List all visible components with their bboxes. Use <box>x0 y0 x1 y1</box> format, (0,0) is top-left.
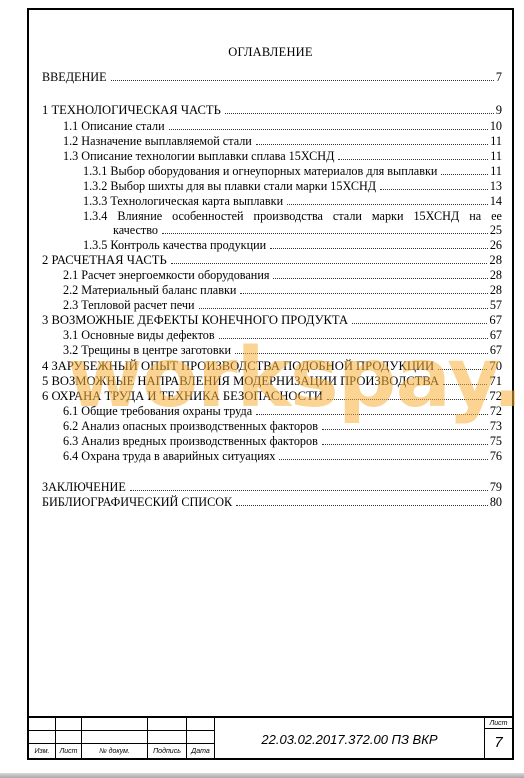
toc-entry-page: 11 <box>490 164 502 178</box>
leader-dots <box>256 135 488 145</box>
toc-entry[interactable]: 2.2 Материальный баланс плавки28 <box>63 283 502 297</box>
sheet-number: 7 <box>485 729 512 760</box>
toc-entry-page: 28 <box>490 283 502 297</box>
document-designation: 22.03.02.2017.372.00 ПЗ ВКР <box>215 718 485 760</box>
toc-entry[interactable]: 1.3.3 Технологическая карта выплавки14 <box>83 194 502 208</box>
toc-entry-continuation[interactable]: качество25 <box>113 223 502 237</box>
toc-entry-label: 1.1 Описание стали <box>63 119 165 133</box>
toc-entry[interactable]: 6.2 Анализ опасных производственных факт… <box>63 419 502 433</box>
toc-entry-label: 2.1 Расчет энергоемкости оборудования <box>63 268 269 282</box>
stamp-cell <box>82 731 148 744</box>
toc-entry-page: 26 <box>490 238 502 252</box>
leader-dots <box>236 496 488 506</box>
page-frame: ОГЛАВЛЕНИЕ ВВЕДЕНИЕ71 ТЕХНОЛОГИЧЕСКАЯ ЧА… <box>27 8 514 760</box>
stamp-cell <box>148 718 187 731</box>
toc-entry-page: 13 <box>490 179 502 193</box>
toc-entry[interactable]: 6 ОХРАНА ТРУДА И ТЕХНИКА БЕЗОПАСНОСТИ72 <box>42 389 502 403</box>
toc-entry-label: 6.4 Охрана труда в аварийных ситуациях <box>63 449 275 463</box>
leader-dots <box>322 435 488 445</box>
leader-dots <box>199 299 488 309</box>
toc-entry-label: 5 ВОЗМОЖНЫЕ НАПРАВЛЕНИЯ МОДЕРНИЗАЦИИ ПРО… <box>42 374 439 388</box>
toc-entry[interactable]: 5 ВОЗМОЖНЫЕ НАПРАВЛЕНИЯ МОДЕРНИЗАЦИИ ПРО… <box>42 374 502 388</box>
toc-entry[interactable]: 1.2 Назначение выплавляемой стали11 <box>63 134 502 148</box>
toc-entry-label: 1.2 Назначение выплавляемой стали <box>63 134 252 148</box>
leader-dots <box>380 180 488 190</box>
leader-dots <box>171 254 488 264</box>
leader-dots <box>225 104 494 114</box>
sheet-label: Лист <box>485 718 512 729</box>
toc-entry-label: 6.2 Анализ опасных производственных факт… <box>63 419 318 433</box>
stamp-cell <box>29 731 56 744</box>
toc-entry[interactable]: 4 ЗАРУБЕЖНЫЙ ОПЫТ ПРОИЗВОДСТВА ПОДОБНОЙ … <box>42 359 502 373</box>
toc-entry-label: БИБЛИОГРАФИЧЕСКИЙ СПИСОК <box>42 495 232 509</box>
toc-entry-label: 3.1 Основные виды дефектов <box>63 328 215 342</box>
leader-dots <box>441 165 488 175</box>
toc-entry[interactable]: 3.2 Трещины в центре заготовки67 <box>63 343 502 357</box>
toc-entry[interactable]: 2.3 Тепловой расчет печи57 <box>63 298 502 312</box>
toc-entry-page: 76 <box>490 449 502 463</box>
toc-entry[interactable]: 3 ВОЗМОЖНЫЕ ДЕФЕКТЫ КОНЕЧНОГО ПРОДУКТА67 <box>42 313 502 327</box>
leader-dots <box>240 284 487 294</box>
stamp-cell <box>187 718 215 731</box>
title-block-stamp: Изм.Лист№ докум.ПодписьДата 22.03.02.201… <box>29 716 512 760</box>
toc-entry[interactable]: ВВЕДЕНИЕ7 <box>42 70 502 84</box>
stamp-header-cell: Дата <box>187 744 215 760</box>
leader-dots <box>162 224 488 234</box>
leader-dots <box>279 450 487 460</box>
toc-entry-label: 1.3.3 Технологическая карта выплавки <box>83 194 283 208</box>
toc-entry[interactable]: 1.1 Описание стали10 <box>63 119 502 133</box>
toc-entry-label: 1.3.2 Выбор шихты для вы плавки стали ма… <box>83 179 376 193</box>
toc-entry[interactable]: 1 ТЕХНОЛОГИЧЕСКАЯ ЧАСТЬ9 <box>42 103 502 117</box>
toc-entry[interactable]: 1.3 Описание технологии выплавки сплава … <box>63 149 502 163</box>
toc-entry[interactable]: 2 РАСЧЕТНАЯ ЧАСТЬ28 <box>42 253 502 267</box>
toc-entry-page: 10 <box>490 119 502 133</box>
toc-entry-label: ЗАКЛЮЧЕНИЕ <box>42 480 126 494</box>
toc-entry-page: 7 <box>496 70 502 84</box>
page-title: ОГЛАВЛЕНИЕ <box>29 45 512 60</box>
toc-entry[interactable]: 6.3 Анализ вредных производственных факт… <box>63 434 502 448</box>
leader-dots <box>130 481 488 491</box>
stamp-cell <box>56 731 82 744</box>
toc-entry-label: 1.3 Описание технологии выплавки сплава … <box>63 149 334 163</box>
toc-entry-label: 6 ОХРАНА ТРУДА И ТЕХНИКА БЕЗОПАСНОСТИ <box>42 389 323 403</box>
toc-entry-page: 67 <box>489 313 502 327</box>
stamp-cell <box>82 718 148 731</box>
toc-entry-page: 75 <box>490 434 502 448</box>
toc-entry-page: 70 <box>489 359 502 373</box>
toc-entry[interactable]: 6.4 Охрана труда в аварийных ситуациях76 <box>63 449 502 463</box>
toc-entry-page: 71 <box>489 374 502 388</box>
stamp-header-cell: Подпись <box>148 744 187 760</box>
stamp-header-cell: № докум. <box>82 744 148 760</box>
viewer-bottom-edge <box>0 773 524 778</box>
leader-dots <box>270 239 488 249</box>
toc-entry-page: 67 <box>490 343 502 357</box>
toc-entry-page: 11 <box>490 134 502 148</box>
toc-entry[interactable]: ЗАКЛЮЧЕНИЕ79 <box>42 480 502 494</box>
toc-entry-label: 1.3.5 Контроль качества продукции <box>83 238 266 252</box>
toc-entry-page: 28 <box>489 253 502 267</box>
stamp-cell <box>56 718 82 731</box>
leader-dots <box>327 390 488 400</box>
stamp-header-cell: Изм. <box>29 744 56 760</box>
leader-dots <box>235 344 488 354</box>
toc-entry-label: 1 ТЕХНОЛОГИЧЕСКАЯ ЧАСТЬ <box>42 103 221 117</box>
leader-dots <box>322 420 488 430</box>
toc-entry-label: качество <box>113 223 158 237</box>
leader-dots <box>443 375 487 385</box>
leader-dots <box>219 329 488 339</box>
toc-entry-label: 3 ВОЗМОЖНЫЕ ДЕФЕКТЫ КОНЕЧНОГО ПРОДУКТА <box>42 313 348 327</box>
toc-entry-label: 3.2 Трещины в центре заготовки <box>63 343 231 357</box>
toc-entry-page: 25 <box>490 223 502 237</box>
toc-entry-label: 2.3 Тепловой расчет печи <box>63 298 195 312</box>
stamp-cell <box>29 718 56 731</box>
leader-dots <box>169 120 488 130</box>
toc-entry-label: 2.2 Материальный баланс плавки <box>63 283 236 297</box>
leader-dots <box>111 71 494 81</box>
stamp-cell <box>148 731 187 744</box>
toc-entry-page: 73 <box>490 419 502 433</box>
toc-entry[interactable]: 1.3.5 Контроль качества продукции26 <box>83 238 502 252</box>
toc-entry[interactable]: 1.3.2 Выбор шихты для вы плавки стали ма… <box>83 179 502 193</box>
toc-entry-page: 28 <box>490 268 502 282</box>
toc-entry[interactable]: 1.3.4Влияниеособенностейпроизводствастал… <box>83 209 502 223</box>
toc-entry-page: 57 <box>490 298 502 312</box>
toc-entry[interactable]: БИБЛИОГРАФИЧЕСКИЙ СПИСОК80 <box>42 495 502 509</box>
toc-entry-page: 72 <box>489 389 502 403</box>
toc-entry-label: 6.1 Общие требования охраны труда <box>63 404 252 418</box>
stamp-cell <box>187 731 215 744</box>
toc-entry-page: 9 <box>496 103 502 117</box>
toc-entry-label: ВВЕДЕНИЕ <box>42 70 107 84</box>
leader-dots <box>273 269 487 279</box>
toc-entry[interactable]: 1.3.1 Выбор оборудования и огнеупорных м… <box>83 164 502 178</box>
toc-entry-page: 11 <box>490 149 502 163</box>
leader-dots <box>256 405 488 415</box>
toc-entry-label: 4 ЗАРУБЕЖНЫЙ ОПЫТ ПРОИЗВОДСТВА ПОДОБНОЙ … <box>42 359 434 373</box>
toc-entry-page: 14 <box>490 194 502 208</box>
toc-entry[interactable]: 2.1 Расчет энергоемкости оборудования28 <box>63 268 502 282</box>
toc-entry-label: 2 РАСЧЕТНАЯ ЧАСТЬ <box>42 253 167 267</box>
toc-entry-label: 6.3 Анализ вредных производственных факт… <box>63 434 318 448</box>
toc-entry-page: 72 <box>490 404 502 418</box>
leader-dots <box>352 314 487 324</box>
stamp-header-cell: Лист <box>56 744 82 760</box>
toc-entry-page: 67 <box>490 328 502 342</box>
toc-entry-page: 79 <box>490 480 502 494</box>
leader-dots <box>438 360 487 370</box>
toc-entry-page: 80 <box>490 495 502 509</box>
leader-dots <box>338 150 488 160</box>
toc-entry-label: 1.3.1 Выбор оборудования и огнеупорных м… <box>83 164 437 178</box>
leader-dots <box>287 195 488 205</box>
toc-entry[interactable]: 3.1 Основные виды дефектов67 <box>63 328 502 342</box>
toc-entry[interactable]: 6.1 Общие требования охраны труда72 <box>63 404 502 418</box>
toc-entry-label: 1.3.4Влияниеособенностейпроизводствастал… <box>83 209 502 223</box>
